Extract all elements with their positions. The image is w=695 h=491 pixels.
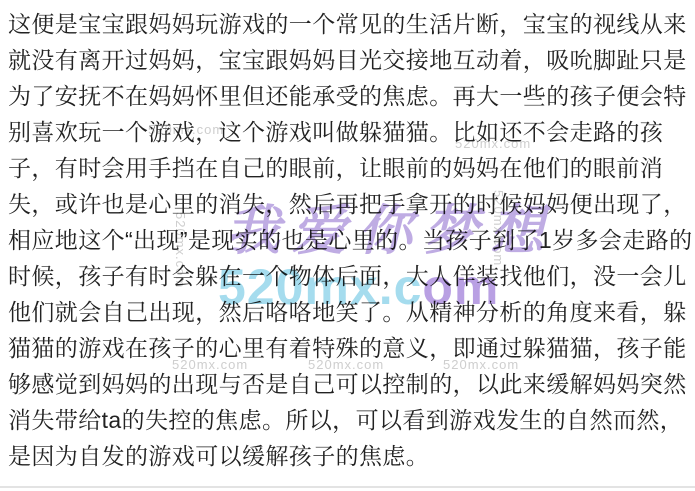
bottom-edge-line — [0, 486, 695, 488]
article-page: 520mx.com 520mx.com 520mx.com 520mx.com … — [0, 0, 695, 491]
article-text: 这便是宝宝跟妈妈玩游戏的一个常见的生活片断，宝宝的视线从来 就没有离开过妈妈，宝… — [8, 6, 694, 474]
